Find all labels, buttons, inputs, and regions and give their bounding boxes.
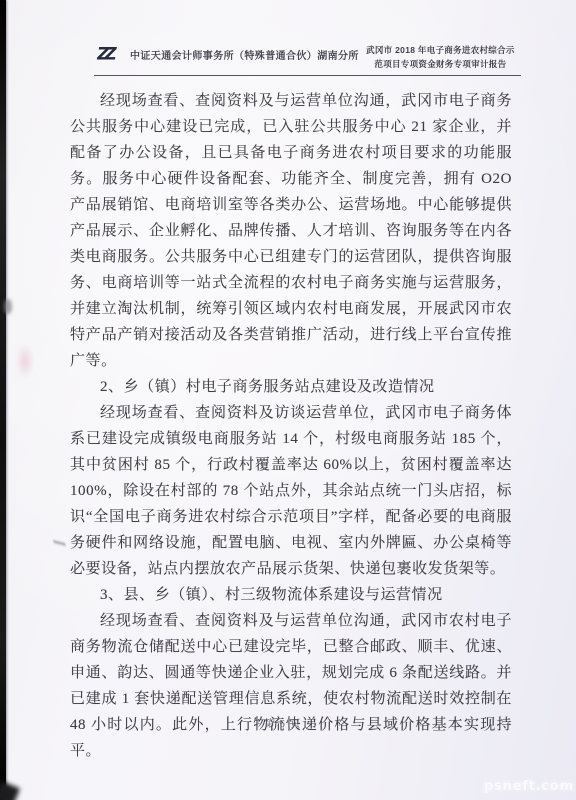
section-heading-2: 2、乡（镇）村电子商务服务站点建设及改造情况 <box>70 374 512 400</box>
scan-artifact <box>16 344 34 378</box>
report-title-line2: 范项目专项资金财务专项审计报告 <box>374 59 506 69</box>
svg-text:Z: Z <box>102 44 118 63</box>
paragraph-logistics: 经现场查看、查阅资料及与运营单位沟通，武冈市农村电子商务物流仓储配送中心已建设完… <box>70 608 512 764</box>
watermark-text: psneft.com <box>484 778 574 794</box>
scanned-document-page: Z Z 中证天通会计师事务所（特殊普通合伙）湖南分所 武冈市 2018 年电子商… <box>0 0 576 800</box>
firm-name: 中证天通会计师事务所（特殊普通合伙）湖南分所 <box>130 47 359 62</box>
scan-artifact <box>52 533 67 553</box>
paragraph-village-stations: 经现场查看、查阅资料及访谈运营单位，武冈市电子商务体系已建设完成镇级电商服务站 … <box>70 400 512 582</box>
scanner-edge-strip <box>0 0 6 800</box>
section-heading-3: 3、县、乡（镇）、村三级物流体系建设与运营情况 <box>70 582 512 608</box>
report-title: 武冈市 2018 年电子商务进农村综合示 范项目专项资金财务专项审计报告 <box>359 43 522 71</box>
page-header: Z Z 中证天通会计师事务所（特殊普通合伙）湖南分所 武冈市 2018 年电子商… <box>96 42 522 71</box>
scan-artifact <box>4 299 12 314</box>
report-title-line1: 武冈市 2018 年电子商务进农村综合示 <box>366 45 515 55</box>
scan-artifact <box>0 781 20 800</box>
header-rule <box>94 75 521 76</box>
paragraph-service-center: 经现场查看、查阅资料及与运营单位沟通，武冈市电子商务公共服务中心建设已完成，已入… <box>70 88 512 374</box>
document-body: 经现场查看、查阅资料及与运营单位沟通，武冈市电子商务公共服务中心建设已完成，已入… <box>70 88 512 764</box>
page-number: 第 6 页 <box>0 715 566 730</box>
zz-logo-icon: Z Z <box>96 44 123 63</box>
